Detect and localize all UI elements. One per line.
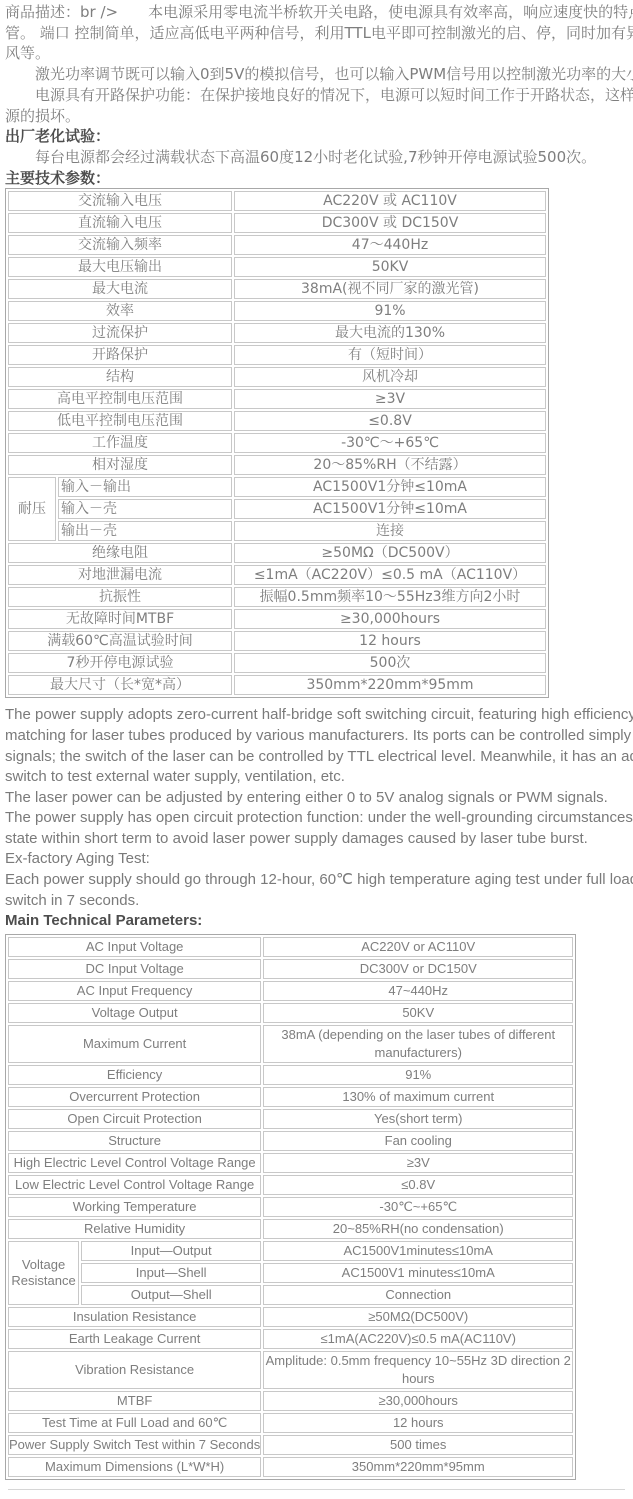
table-row: 最大尺寸（长*宽*高）350mm*220mm*95mm — [8, 675, 546, 695]
table-row: 耐压输入－输出AC1500V1分钟≤10mA — [8, 477, 546, 497]
param-label-cell: 效率 — [8, 301, 232, 321]
param-value-cell: 20~85%RH(no condensation) — [263, 1219, 573, 1239]
param-label-cell: High Electric Level Control Voltage Rang… — [8, 1153, 261, 1173]
table-row: 绝缘电阻≥50MΩ（DC500V） — [8, 543, 546, 563]
param-value-cell: DC300V 或 DC150V — [234, 213, 546, 233]
param-label-cell: Working Temperature — [8, 1197, 261, 1217]
param-label-cell: 结构 — [8, 367, 232, 387]
param-value-cell: ≤1mA(AC220V)≤0.5 mA(AC110V) — [263, 1329, 573, 1349]
table-row: 高电平控制电压范围≥3V — [8, 389, 546, 409]
en-paragraph-heading: Main Technical Parameters: — [5, 911, 633, 932]
zh-paragraph-line: 激光功率调节既可以输入0到5V的模拟信号，也可以输入PWM信号用以控制激光功率的… — [5, 64, 633, 85]
param-value-cell: 风机冷却 — [234, 367, 546, 387]
param-label-cell: Output—Shell — [81, 1285, 261, 1305]
table-row: 对地泄漏电流≤1mA（AC220V）≤0.5 mA（AC110V） — [8, 565, 546, 585]
param-value-cell: 130% of maximum current — [263, 1087, 573, 1107]
table-row: AC Input Frequency47~440Hz — [8, 981, 573, 1001]
param-label-cell: 相对湿度 — [8, 455, 232, 475]
param-value-cell: 91% — [234, 301, 546, 321]
param-label-cell: 绝缘电阻 — [8, 543, 232, 563]
english-parameters-table-body: AC Input VoltageAC220V or AC110VDC Input… — [8, 937, 573, 1477]
page-content: 商品描述：br /> 本电源采用零电流半桥软开关电路，使电源具有效率高，响应速度… — [0, 0, 633, 1490]
table-row: Working Temperature-30℃~+65℃ — [8, 1197, 573, 1217]
zh-paragraph-line: 管。 端口 控制简单，适应高低电平两种信号，利用TTL电平即可控制激光的启、停，… — [5, 23, 633, 44]
table-row: 无故障时间MTBF≥30,000hours — [8, 609, 546, 629]
param-label-cell: AC Input Frequency — [8, 981, 261, 1001]
table-row: Vibration ResistanceAmplitude: 0.5mm fre… — [8, 1351, 573, 1389]
param-label-cell: 最大电流 — [8, 279, 232, 299]
param-value-cell: ≥3V — [234, 389, 546, 409]
table-row: 交流输入电压AC220V 或 AC110V — [8, 191, 546, 211]
param-label-cell: Voltage Output — [8, 1003, 261, 1023]
table-row: 过流保护最大电流的130% — [8, 323, 546, 343]
param-label-cell: Open Circuit Protection — [8, 1109, 261, 1129]
table-row: 满载60℃高温试验时间12 hours — [8, 631, 546, 651]
english-description-paragraphs: The power supply adopts zero-current hal… — [5, 705, 633, 932]
zh-paragraph-line: 电源具有开路保护功能：在保护接地良好的情况下，电源可以短时间工作于开路状态，这样… — [5, 85, 633, 106]
zh-paragraph-line: 每台电源都会经过满载状态下高温60度12小时老化试验,7秒钟开停电源试验500次… — [5, 147, 633, 168]
param-value-cell: Yes(short term) — [263, 1109, 573, 1129]
param-label-cell: 最大尺寸（长*宽*高） — [8, 675, 232, 695]
param-value-cell: AC1500V1minutes≤10mA — [263, 1241, 573, 1261]
en-paragraph-line: state within short term to avoid laser p… — [5, 829, 633, 850]
param-value-cell: 91% — [263, 1065, 573, 1085]
table-row: 输入－壳AC1500V1分钟≤10mA — [8, 499, 546, 519]
table-row: Maximum Current38mA (depending on the la… — [8, 1025, 573, 1063]
param-label-cell: Vibration Resistance — [8, 1351, 261, 1389]
param-label-cell: Overcurrent Protection — [8, 1087, 261, 1107]
param-value-cell: AC220V or AC110V — [263, 937, 573, 957]
param-value-cell: -30℃～+65℃ — [234, 433, 546, 453]
param-value-cell: Connection — [263, 1285, 573, 1305]
param-label-cell: 开路保护 — [8, 345, 232, 365]
param-value-cell: 12 hours — [263, 1413, 573, 1433]
param-value-cell: AC220V 或 AC110V — [234, 191, 546, 211]
param-label-cell: Input—Shell — [81, 1263, 261, 1283]
table-row: Maximum Dimensions (L*W*H)350mm*220mm*95… — [8, 1457, 573, 1477]
table-row: 交流输入频率47～440Hz — [8, 235, 546, 255]
param-label-cell: 最大电压输出 — [8, 257, 232, 277]
table-row: Voltage Output50KV — [8, 1003, 573, 1023]
param-label-cell: 过流保护 — [8, 323, 232, 343]
param-value-cell: 50KV — [263, 1003, 573, 1023]
zh-paragraph-line: 源的损坏。 — [5, 106, 633, 127]
param-value-cell: 500次 — [234, 653, 546, 673]
table-row: Insulation Resistance≥50MΩ(DC500V) — [8, 1307, 573, 1327]
param-label-cell: 抗振性 — [8, 587, 232, 607]
zh-paragraph-heading: 主要技术参数： — [5, 168, 633, 189]
table-row: 输出－壳连接 — [8, 521, 546, 541]
param-label-cell: 输入－输出 — [58, 477, 232, 497]
table-row: Power Supply Switch Test within 7 Second… — [8, 1435, 573, 1455]
table-row: 抗振性振幅0.5mm频率10～55Hz3维方向2小时 — [8, 587, 546, 607]
param-value-cell: -30℃~+65℃ — [263, 1197, 573, 1217]
param-value-cell: ≥3V — [263, 1153, 573, 1173]
en-paragraph-line: The laser power can be adjusted by enter… — [5, 788, 633, 809]
param-label-cell: 满载60℃高温试验时间 — [8, 631, 232, 651]
param-label-cell: 工作温度 — [8, 433, 232, 453]
param-value-cell: 38mA(视不同厂家的激光管) — [234, 279, 546, 299]
param-value-cell: Fan cooling — [263, 1131, 573, 1151]
param-value-cell: 50KV — [234, 257, 546, 277]
param-label-cell: Insulation Resistance — [8, 1307, 261, 1327]
param-value-cell: AC1500V1 minutes≤10mA — [263, 1263, 573, 1283]
param-label-cell: Low Electric Level Control Voltage Range — [8, 1175, 261, 1195]
table-row: 低电平控制电压范围≤0.8V — [8, 411, 546, 431]
product-description-page: { "colors": { "page_background": "#fffff… — [0, 0, 633, 1499]
en-paragraph-line: Ex-factory Aging Test: — [5, 849, 633, 870]
param-value-cell: 振幅0.5mm频率10～55Hz3维方向2小时 — [234, 587, 546, 607]
table-row: Voltage ResistanceInput—OutputAC1500V1mi… — [8, 1241, 573, 1261]
param-label-cell: 高电平控制电压范围 — [8, 389, 232, 409]
en-paragraph-line: switch in 7 seconds. — [5, 891, 633, 912]
param-value-cell: 350mm*220mm*95mm — [234, 675, 546, 695]
param-label-cell: 交流输入频率 — [8, 235, 232, 255]
param-value-cell: ≤0.8V — [263, 1175, 573, 1195]
param-value-cell: 连接 — [234, 521, 546, 541]
param-label-cell: AC Input Voltage — [8, 937, 261, 957]
english-parameters-table: AC Input VoltageAC220V or AC110VDC Input… — [5, 934, 576, 1480]
table-row: 7秒开停电源试验500次 — [8, 653, 546, 673]
param-label-cell: MTBF — [8, 1391, 261, 1411]
param-label-cell: Relative Humidity — [8, 1219, 261, 1239]
table-row: Relative Humidity20~85%RH(no condensatio… — [8, 1219, 573, 1239]
table-row: Output—ShellConnection — [8, 1285, 573, 1305]
table-row: 效率91% — [8, 301, 546, 321]
param-value-cell: 20～85%RH（不结露） — [234, 455, 546, 475]
table-row: Open Circuit ProtectionYes(short term) — [8, 1109, 573, 1129]
param-value-cell: 有（短时间） — [234, 345, 546, 365]
param-label-cell: Earth Leakage Current — [8, 1329, 261, 1349]
table-row: 最大电压输出50KV — [8, 257, 546, 277]
param-value-cell: ≤0.8V — [234, 411, 546, 431]
table-row: Efficiency91% — [8, 1065, 573, 1085]
group-label-cell: 耐压 — [8, 477, 56, 541]
table-row: AC Input VoltageAC220V or AC110V — [8, 937, 573, 957]
param-label-cell: Power Supply Switch Test within 7 Second… — [8, 1435, 261, 1455]
param-value-cell: AC1500V1分钟≤10mA — [234, 499, 546, 519]
en-paragraph-line: matching for laser tubes produced by var… — [5, 726, 633, 747]
param-value-cell: ≥30,000hours — [263, 1391, 573, 1411]
en-paragraph-line: The power supply has open circuit protec… — [5, 808, 633, 829]
param-value-cell: ≥50MΩ（DC500V） — [234, 543, 546, 563]
en-paragraph-line: signals; the switch of the laser can be … — [5, 747, 633, 768]
en-paragraph-line: Each power supply should go through 12-h… — [5, 870, 633, 891]
param-label-cell: 输入－壳 — [58, 499, 232, 519]
param-label-cell: Maximum Dimensions (L*W*H) — [8, 1457, 261, 1477]
param-value-cell: 47~440Hz — [263, 981, 573, 1001]
param-label-cell: 交流输入电压 — [8, 191, 232, 211]
param-label-cell: 输出－壳 — [58, 521, 232, 541]
param-value-cell: DC300V or DC150V — [263, 959, 573, 979]
table-row: Overcurrent Protection130% of maximum cu… — [8, 1087, 573, 1107]
table-row: Input—ShellAC1500V1 minutes≤10mA — [8, 1263, 573, 1283]
table-row: 直流输入电压DC300V 或 DC150V — [8, 213, 546, 233]
param-label-cell: Efficiency — [8, 1065, 261, 1085]
table-row: Earth Leakage Current≤1mA(AC220V)≤0.5 mA… — [8, 1329, 573, 1349]
chinese-description-paragraphs: 商品描述：br /> 本电源采用零电流半桥软开关电路，使电源具有效率高，响应速度… — [5, 2, 633, 188]
table-row: 开路保护有（短时间） — [8, 345, 546, 365]
table-row: 相对湿度20～85%RH（不结露） — [8, 455, 546, 475]
param-label-cell: Test Time at Full Load and 60℃ — [8, 1413, 261, 1433]
param-label-cell: Input—Output — [81, 1241, 261, 1261]
param-value-cell: 350mm*220mm*95mm — [263, 1457, 573, 1477]
param-value-cell: ≥30,000hours — [234, 609, 546, 629]
table-row: Test Time at Full Load and 60℃12 hours — [8, 1413, 573, 1433]
group-label-cell: Voltage Resistance — [8, 1241, 79, 1305]
param-label-cell: 直流输入电压 — [8, 213, 232, 233]
param-label-cell: 无故障时间MTBF — [8, 609, 232, 629]
param-label-cell: DC Input Voltage — [8, 959, 261, 979]
zh-paragraph-heading: 出厂老化试验： — [5, 126, 633, 147]
param-value-cell: ≤1mA（AC220V）≤0.5 mA（AC110V） — [234, 565, 546, 585]
table-row: High Electric Level Control Voltage Rang… — [8, 1153, 573, 1173]
table-row: Low Electric Level Control Voltage Range… — [8, 1175, 573, 1195]
table-row: 工作温度-30℃～+65℃ — [8, 433, 546, 453]
param-value-cell: 47～440Hz — [234, 235, 546, 255]
en-paragraph-line: The power supply adopts zero-current hal… — [5, 705, 633, 726]
table-row: DC Input VoltageDC300V or DC150V — [8, 959, 573, 979]
table-row: StructureFan cooling — [8, 1131, 573, 1151]
param-value-cell: 500 times — [263, 1435, 573, 1455]
param-label-cell: 7秒开停电源试验 — [8, 653, 232, 673]
param-label-cell: Structure — [8, 1131, 261, 1151]
param-value-cell: 最大电流的130% — [234, 323, 546, 343]
param-value-cell: 12 hours — [234, 631, 546, 651]
param-label-cell: 对地泄漏电流 — [8, 565, 232, 585]
zh-paragraph-line: 商品描述：br /> 本电源采用零电流半桥软开关电路，使电源具有效率高，响应速度… — [5, 2, 633, 23]
param-label-cell: 低电平控制电压范围 — [8, 411, 232, 431]
en-paragraph-line: switch to test external water supply, ve… — [5, 767, 633, 788]
table-row: 结构风机冷却 — [8, 367, 546, 387]
param-value-cell: ≥50MΩ(DC500V) — [263, 1307, 573, 1327]
param-value-cell: Amplitude: 0.5mm frequency 10~55Hz 3D di… — [263, 1351, 573, 1389]
param-value-cell: 38mA (depending on the laser tubes of di… — [263, 1025, 573, 1063]
param-value-cell: AC1500V1分钟≤10mA — [234, 477, 546, 497]
chinese-parameters-table-body: 交流输入电压AC220V 或 AC110V直流输入电压DC300V 或 DC15… — [8, 191, 546, 695]
param-label-cell: Maximum Current — [8, 1025, 261, 1063]
table-row: 最大电流38mA(视不同厂家的激光管) — [8, 279, 546, 299]
zh-paragraph-line: 风等。 — [5, 43, 633, 64]
chinese-parameters-table: 交流输入电压AC220V 或 AC110V直流输入电压DC300V 或 DC15… — [5, 188, 549, 698]
table-row: MTBF≥30,000hours — [8, 1391, 573, 1411]
footer-divider — [8, 1489, 625, 1490]
